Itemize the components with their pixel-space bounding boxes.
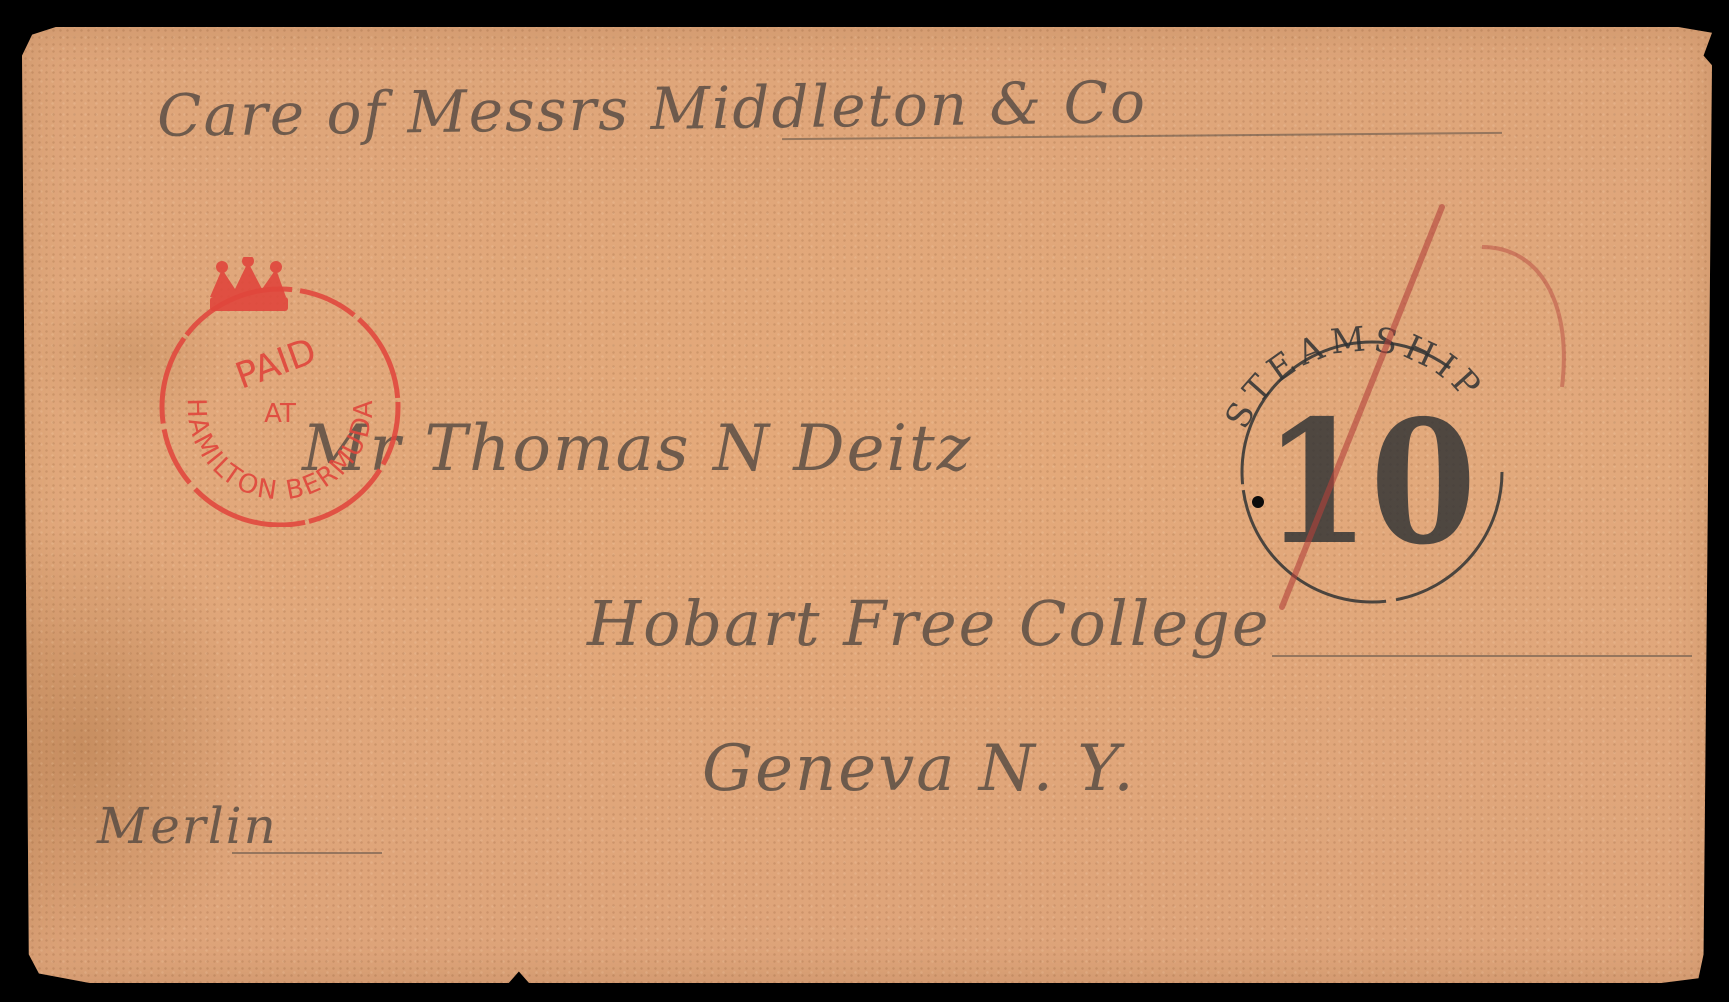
envelope-cover: Care of Messrs Middleton & Co Mr Thomas … (22, 27, 1712, 983)
svg-text:PAID: PAID (230, 331, 321, 398)
ship-note-underline (232, 852, 382, 854)
crown-icon (210, 257, 288, 311)
address-college: Hobart Free College (587, 587, 1271, 660)
address-city: Geneva N. Y. (702, 732, 1136, 806)
paid-hamilton-bermuda-handstamp: PAID AT HAMILTON BERMUDA (140, 257, 420, 527)
college-underline (1272, 655, 1692, 657)
svg-text:AT: AT (264, 399, 296, 429)
ship-name-note: Merlin (97, 797, 278, 855)
punch-hole (1252, 496, 1264, 508)
red-crayon-stroke (1242, 187, 1602, 627)
